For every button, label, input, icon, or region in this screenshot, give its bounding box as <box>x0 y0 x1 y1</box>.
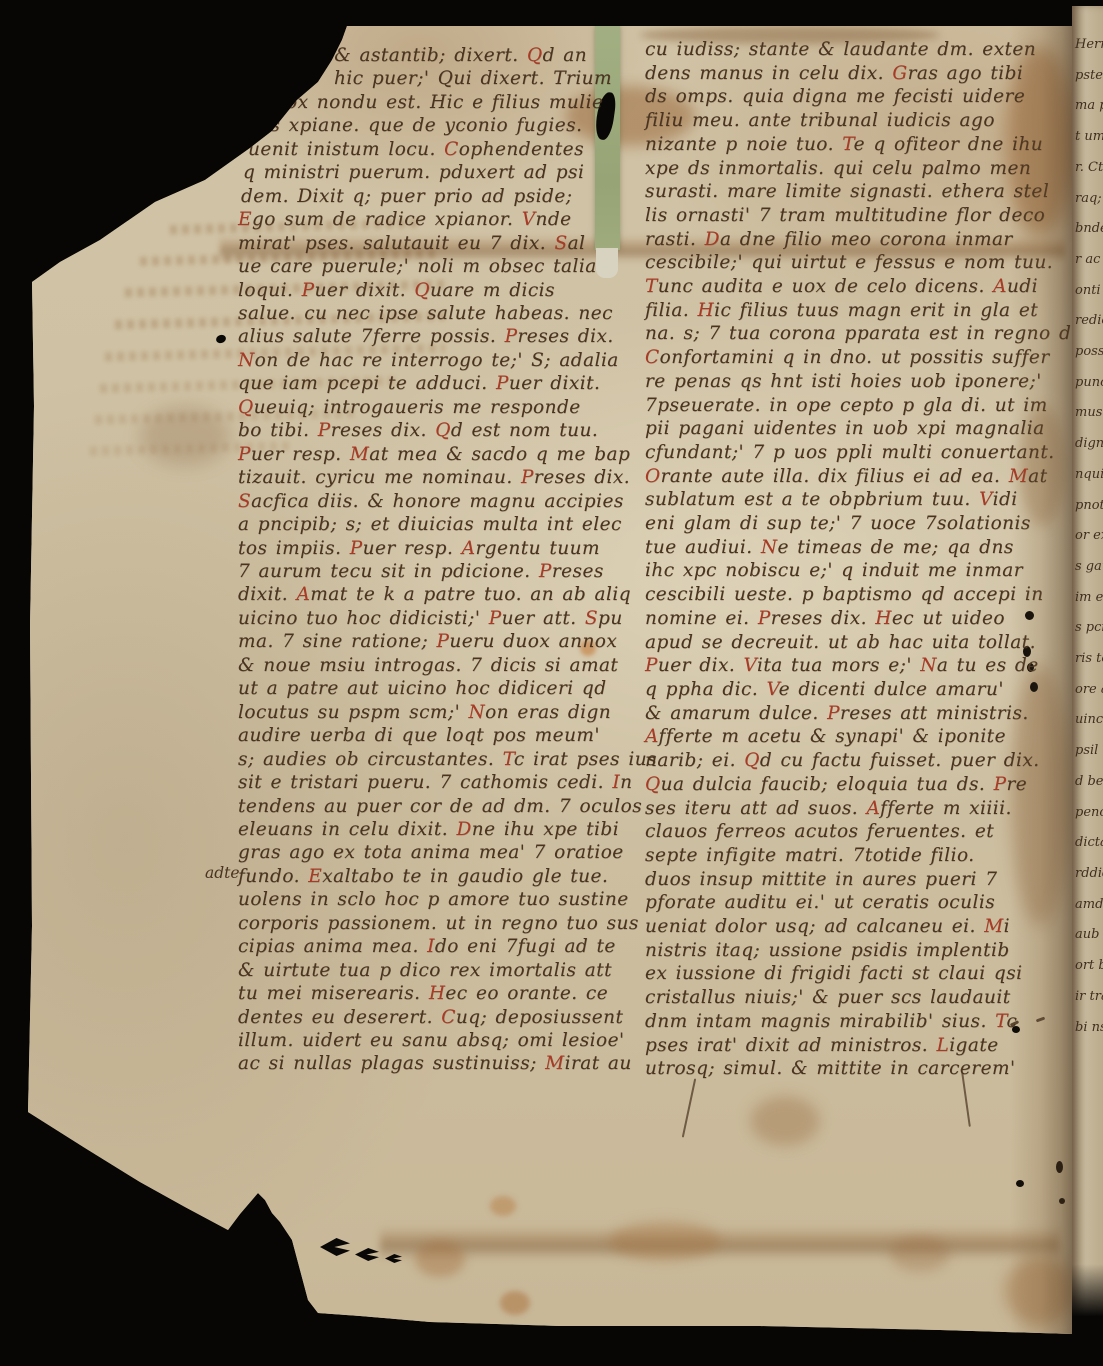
text-segment: uer att. <box>502 608 585 629</box>
edge-text-fragment: or exc <box>1075 521 1103 552</box>
left-text-column: n' & astantib; dixert. Qd anhic puer;' Q… <box>238 44 638 1076</box>
text-segment: do eni 7fugi ad te <box>435 936 616 957</box>
text-line: sit e tristari pueru. 7 cathomis cedi. I… <box>238 771 638 794</box>
text-segment: corporis passionem. ut in regno tuo sus <box>238 913 639 934</box>
text-line: ac si nullas plagas sustinuiss; Mirat au <box>238 1052 638 1075</box>
text-line: hic puer;' Qui dixert. Trium <box>238 67 638 90</box>
text-line: eleuans in celu dixit. Dne ihu xpe tibi <box>238 818 638 841</box>
text-segment: ophendentes <box>459 139 584 160</box>
edge-text-fragment: digne <box>1075 429 1103 460</box>
rubricated-initial: P <box>505 326 518 347</box>
rubricated-initial: P <box>496 373 509 394</box>
text-segment: ec eo orante. ce <box>445 983 608 1004</box>
text-segment: & amarum dulce. <box>645 703 827 724</box>
rubricated-initial: C <box>441 1007 456 1028</box>
text-line: bo tibi. Preses dix. Qd est nom tuu. <box>238 419 638 442</box>
text-line: uicino tuo hoc didicisti;' Puer att. Spu <box>238 607 638 630</box>
rubricated-initial: P <box>436 631 449 652</box>
text-line: alius salute 7ferre possis. Preses dix. <box>238 325 638 348</box>
text-segment: s; audies ob circustantes. <box>238 749 503 770</box>
text-segment: is xpiane. que de yconio fugies. <box>264 115 582 136</box>
text-segment: n' & astantib; dixert. <box>308 45 527 66</box>
text-line: lis ornasti' 7 tram multitudine flor dec… <box>645 204 1049 228</box>
text-segment: ne ihu xpe tibi <box>472 819 619 840</box>
text-line: septe infigite matri. 7totide filio. <box>645 844 1049 868</box>
rubricated-initial: D <box>456 819 471 840</box>
text-segment: surasti. mare limite signasti. ethera st… <box>645 181 1049 202</box>
rubricated-initial: A <box>993 276 1007 297</box>
edge-text-fragment: ore adi <box>1075 675 1103 706</box>
rubricated-initial: C <box>645 347 660 368</box>
text-line: na. s; 7 tua corona pparata est in regno… <box>645 322 1049 346</box>
rubricated-initial: P <box>318 420 331 441</box>
rubricated-initial: P <box>645 655 658 676</box>
text-line: q ppha dic. Ve dicenti dulce amaru' <box>645 678 1049 702</box>
text-line: uenit inistum locu. Cophendentes <box>238 138 638 161</box>
text-segment: sit e tristari pueru. 7 cathomis cedi. <box>238 772 612 793</box>
stain <box>490 1196 516 1216</box>
text-segment: cu iudiss; stante & laudante dm. exten <box>645 39 1036 60</box>
text-segment: bo tibi. <box>238 420 318 441</box>
rubricated-initial: H <box>429 983 446 1004</box>
right-text-column: cu iudiss; stante & laudante dm. extende… <box>645 38 1049 1081</box>
text-segment: at mea & sacdo q me bap <box>369 444 630 465</box>
text-line: Puer dix. Vita tua mors e;' Na tu es de <box>645 654 1049 678</box>
rubricated-initial: A <box>645 726 659 747</box>
rubricated-initial: P <box>827 703 840 724</box>
text-line: cu iudiss; stante & laudante dm. exten <box>645 38 1049 62</box>
adjacent-folio-edge: Herrenpstenma pt umr. Ctraq;bnder aconti… <box>1072 6 1103 1334</box>
text-line: Tunc audita e uox de celo dicens. Audi <box>645 275 1049 299</box>
text-segment: lis ornasti' 7 tram multitudine flor dec… <box>645 205 1045 226</box>
stain <box>750 1096 820 1146</box>
text-line: 7 aurum tecu sit in pdicione. Preses <box>238 560 638 583</box>
text-segment: on eras dign <box>485 702 611 723</box>
text-segment: uer dix. <box>658 655 744 676</box>
text-segment: igate <box>949 1035 998 1056</box>
rubricated-initial: P <box>302 280 315 301</box>
edge-text-fragment: nquib <box>1075 460 1103 491</box>
text-segment: rasti. <box>645 229 705 250</box>
text-segment: tu mei miserearis. <box>238 983 429 1004</box>
text-segment: onfortamini q in dno. ut possitis suffer <box>660 347 1050 368</box>
edge-text-fragment: Herren <box>1075 30 1103 61</box>
text-segment: cristallus niuis;' & puer scs laudauit <box>645 987 1011 1008</box>
text-line: nomine ei. Preses dix. Hec ut uideo <box>645 607 1049 631</box>
text-segment: uq; deposiussent <box>456 1007 623 1028</box>
text-segment: uer resp. <box>363 538 462 559</box>
text-line: n' & astantib; dixert. Qd an <box>238 44 638 67</box>
text-segment: loqui. <box>238 280 302 301</box>
rubricated-initial: T <box>645 276 658 297</box>
rubricated-initial: V <box>522 209 536 230</box>
rubricated-initial: Q <box>744 750 760 771</box>
text-line: & uirtute tua p dico rex imortalis att <box>238 959 638 982</box>
edge-text-fragment: rddid <box>1075 859 1103 890</box>
rubricated-initial: S <box>585 608 598 629</box>
rubricated-initial: N <box>468 702 485 723</box>
text-segment: pii pagani uidentes in uob xpi magnalia <box>645 418 1045 439</box>
text-segment: septe infigite matri. 7totide filio. <box>645 845 975 866</box>
text-segment: nomine ei. <box>645 608 758 629</box>
margin-note: adte <box>205 864 240 882</box>
stain <box>610 1221 720 1261</box>
text-line: filiu meu. ante tribunal iudicis ago <box>645 109 1049 133</box>
rubricated-initial: E <box>238 209 252 230</box>
text-segment: & uirtute tua p dico rex imortalis att <box>238 960 612 981</box>
rubricated-initial: M <box>545 1053 564 1074</box>
rubricated-initial: C <box>444 139 459 160</box>
text-line: nistris itaq; ussione psidis implentib <box>645 939 1049 963</box>
text-line: ox nondu est. Hic e filius mulie <box>238 91 638 114</box>
text-segment: tizauit. cyricu me nominau. <box>238 467 521 488</box>
rubricated-initial: V <box>767 679 779 700</box>
text-segment: a pncipib; s; et diuicias multa int elec <box>238 514 622 535</box>
edge-text-fragment: psil i <box>1075 736 1103 767</box>
text-line: ueniat dolor usq; ad calcaneu ei. Mi <box>645 915 1049 939</box>
edge-text-fragment: r. Ct <box>1075 153 1103 184</box>
rubricated-initial: N <box>238 350 255 371</box>
text-segment: pu <box>598 608 623 629</box>
text-segment: reses dix. <box>331 420 436 441</box>
edge-text-fragment: psten <box>1075 61 1103 92</box>
text-segment: unc audita e uox de celo dicens. <box>658 276 993 297</box>
edge-text-fragment: bi nsto i <box>1075 1013 1103 1044</box>
text-line: a pncipib; s; et diuicias multa int elec <box>238 513 638 536</box>
text-segment: ras ago tibi <box>908 63 1024 84</box>
edge-text-fragment: ris toti <box>1075 644 1103 675</box>
text-segment: d an <box>543 45 587 66</box>
text-line: tizauit. cyricu me nominau. Preses dix. <box>238 466 638 489</box>
text-segment: ueru duox annox <box>449 631 617 652</box>
text-segment: n <box>620 772 632 793</box>
text-segment: ut a patre aut uicino hoc didiceri qd <box>238 678 607 699</box>
text-segment: uer resp. <box>251 444 350 465</box>
text-line: Confortamini q in dno. ut possitis suffe… <box>645 346 1049 370</box>
rubricated-initial: O <box>645 466 661 487</box>
rubricated-initial: G <box>892 63 907 84</box>
edge-text-fragment: bnde <box>1075 214 1103 245</box>
text-segment: xaltabo te in gaudio gle tue. <box>322 866 608 887</box>
text-segment: dixit. <box>238 584 296 605</box>
text-segment: pses irat' dixit ad ministros. <box>645 1035 936 1056</box>
text-segment: salue. cu nec ipse salute habeas. nec <box>238 303 613 324</box>
text-segment: dentes eu deserert. <box>238 1007 441 1028</box>
text-line: pses irat' dixit ad ministros. Ligate <box>645 1034 1049 1058</box>
text-line: ue care puerule;' noli m obsec talia <box>238 255 638 278</box>
text-line: Ego sum de radice xpianor. Vnde <box>238 208 638 231</box>
text-segment: ma. 7 sine ratione; <box>238 631 436 652</box>
rubricated-initial: E <box>308 866 322 887</box>
text-segment: uer dixit. <box>509 373 601 394</box>
text-segment: dem. Dixit q; puer prio ad pside; <box>241 186 572 207</box>
text-segment: nistris itaq; ussione psidis implentib <box>645 940 1010 961</box>
text-segment: reses att ministris. <box>840 703 1029 724</box>
text-segment: eni glam di sup te;' 7 uoce 7solationis <box>645 513 1031 534</box>
text-segment: apud se decreuit. ut ab hac uita tollat. <box>645 632 1036 653</box>
text-segment: a dne filio meo corona inmar <box>720 229 1013 250</box>
text-segment: on de hac re interrogo te;' S; adalia <box>255 350 619 371</box>
text-line: duos insup mittite in aures pueri 7 <box>645 868 1049 892</box>
text-segment: irat au <box>565 1053 632 1074</box>
edge-text-fragment: pnotab <box>1075 491 1103 522</box>
edge-text-fragment: im e s <box>1075 583 1103 614</box>
text-segment: ses iteru att ad suos. <box>645 798 866 819</box>
text-segment: tue audiui. <box>645 537 761 558</box>
edge-text-fragment: raq; <box>1075 184 1103 215</box>
text-line: dixit. Amat te k a patre tuo. an ab aliq <box>238 583 638 606</box>
text-segment: reses dix. <box>534 467 630 488</box>
text-segment: dnm intam magnis mirabilib' sius. <box>645 1011 995 1032</box>
tear-slit <box>320 1238 350 1256</box>
text-segment: q ppha dic. <box>645 679 767 700</box>
rubricated-initial: H <box>698 300 715 321</box>
text-segment: fferte m acetu & synapi' & iponite <box>659 726 1006 747</box>
text-line: re penas qs hnt isti hoies uob iponere;' <box>645 370 1049 394</box>
text-segment: tos impiis. <box>238 538 350 559</box>
text-segment: duos insup mittite in aures pueri 7 <box>645 869 997 890</box>
rubricated-initial: P <box>350 538 363 559</box>
fold-crease <box>380 1226 1060 1260</box>
text-segment: mirat' pses. salutauit eu 7 dix. <box>238 233 554 254</box>
text-segment: ihc xpc nobiscu e;' q induit me inmar <box>645 560 1023 581</box>
text-line: tue audiui. Ne timeas de me; qa dns <box>645 536 1049 560</box>
text-line: cfundant;' 7 p uos ppli multi conuertant… <box>645 441 1049 465</box>
text-line: apud se decreuit. ut ab hac uita tollat. <box>645 631 1049 655</box>
rubricated-initial: N <box>920 655 937 676</box>
text-line: fundo. Exaltabo te in gaudio gle tue. <box>238 865 638 888</box>
text-line: clauos ferreos acutos feruentes. et <box>645 820 1049 844</box>
manuscript-photo: n' & astantib; dixert. Qd anhic puer;' Q… <box>0 0 1103 1366</box>
text-line: loqui. Puer dixit. Quare m dicis <box>238 279 638 302</box>
rubricated-initial: T <box>842 134 853 155</box>
hole <box>215 334 227 345</box>
text-segment: sublatum est a te obpbrium tuu. <box>645 489 979 510</box>
text-line: Sacfica diis. & honore magnu accipies <box>238 490 638 513</box>
rubricated-initial: P <box>521 467 534 488</box>
text-segment: reses dix. <box>771 608 876 629</box>
text-segment: ec ut uideo <box>892 608 1005 629</box>
text-segment: fundo. <box>238 866 308 887</box>
text-line: xpe ds inmortalis. qui celu palmo men <box>645 157 1049 181</box>
rubricated-initial: V <box>979 489 993 510</box>
text-segment: ueuiq; introgaueris me responde <box>254 397 581 418</box>
text-segment: go sum de radice xpianor. <box>252 209 522 230</box>
text-segment: q ministri puerum. pduxert ad psi <box>243 162 584 183</box>
text-segment: ue care puerule;' noli m obsec talia <box>238 256 597 277</box>
text-segment: gras ago ex tota anima mea' 7 oratioe <box>238 842 624 863</box>
text-segment: alius salute 7ferre possis. <box>238 326 505 347</box>
text-line: corporis passionem. ut in regno tuo sus <box>238 912 638 935</box>
text-line: Orante aute illa. dix filius ei ad ea. M… <box>645 465 1049 489</box>
text-segment: filia. <box>645 300 698 321</box>
rubricated-initial: P <box>238 444 251 465</box>
parchment-page: n' & astantib; dixert. Qd anhic puer;' Q… <box>20 26 1072 1334</box>
text-segment: uare m dicis <box>430 280 555 301</box>
edge-text-fragment: pencio <box>1075 798 1103 829</box>
text-segment: cescibile;' qui uirtut e fessus e nom tu… <box>645 252 1053 273</box>
edge-text-fragment: onti <box>1075 276 1103 307</box>
text-segment: 7pseuerate. in ope cepto p gla di. ut im <box>645 395 1048 416</box>
rubricated-initial: A <box>866 798 880 819</box>
text-line: Qua dulcia faucib; eloquia tua ds. Pre <box>645 773 1049 797</box>
text-segment: 7 aurum tecu sit in pdicione. <box>238 561 539 582</box>
text-line: que iam pcepi te adduci. Puer dixit. <box>238 372 638 395</box>
text-line: cescibile;' qui uirtut e fessus e nom tu… <box>645 251 1049 275</box>
rubricated-initial: T <box>995 1011 1006 1032</box>
text-line: & amarum dulce. Preses att ministris. <box>645 702 1049 726</box>
text-line: audire uerba di que loqt pos meum' <box>238 724 638 747</box>
text-segment: rgentu tuum <box>475 538 600 559</box>
text-segment: clauos ferreos acutos feruentes. et <box>645 821 994 842</box>
rubricated-initial: I <box>612 772 620 793</box>
text-segment: ita tua mors e;' <box>757 655 920 676</box>
text-segment: tendens au puer cor de ad dm. 7 oculos <box>238 796 642 817</box>
text-segment: reses dix. <box>518 326 614 347</box>
edge-text-fragment: ort bis q <box>1075 951 1103 982</box>
text-segment: re penas qs hnt isti hoies uob iponere;' <box>645 371 1042 392</box>
text-segment: uicino tuo hoc didicisti;' <box>238 608 489 629</box>
text-line: tu mei miserearis. Hec eo orante. ce <box>238 982 638 1005</box>
edge-text-fragment: ma p <box>1075 91 1103 122</box>
rubricated-initial: P <box>539 561 552 582</box>
adjacent-folio-text: Herrenpstenma pt umr. Ctraq;bnder aconti… <box>1072 6 1103 1043</box>
text-line: narib; ei. Qd cu factu fuisset. puer dix… <box>645 749 1049 773</box>
edge-text-fragment: amda <box>1075 890 1103 921</box>
rubricated-initial: L <box>936 1035 949 1056</box>
text-segment: uolens in sclo hoc p amore tuo sustine <box>238 889 629 910</box>
text-line: ses iteru att ad suos. Afferte m xiiii. <box>645 797 1049 821</box>
text-line: ihc xpc nobiscu e;' q induit me inmar <box>645 559 1049 583</box>
rubricated-initial: H <box>875 608 892 629</box>
text-segment: illum. uidert eu sanu absq; omi lesioe' <box>238 1030 625 1051</box>
text-segment: reses <box>552 561 604 582</box>
text-segment: nizante p noie tuo. <box>645 134 842 155</box>
text-segment: uenit inistum locu. <box>248 139 444 160</box>
text-segment: audire uerba di que loqt pos meum' <box>238 725 600 746</box>
text-line: utrosq; simul. & mittite in carcerem' <box>645 1057 1049 1081</box>
text-line: is xpiane. que de yconio fugies. <box>238 114 638 137</box>
rubricated-initial: N <box>761 537 778 558</box>
rubricated-initial: Q <box>527 45 543 66</box>
text-line: tendens au puer cor de ad dm. 7 oculos <box>238 795 638 818</box>
stain <box>500 1291 530 1315</box>
text-line: ex iussione di frigidi facti st claui qs… <box>645 962 1049 986</box>
text-line: cescibili ueste. p baptismo qd accepi in <box>645 583 1049 607</box>
text-line: pii pagani uidentes in uob xpi magnalia <box>645 417 1049 441</box>
text-line: pforate auditu ei.' ut ceratis oculis <box>645 891 1049 915</box>
text-segment: acfica diis. & honore magnu accipies <box>251 491 624 512</box>
text-line: salue. cu nec ipse salute habeas. nec <box>238 302 638 325</box>
edge-text-fragment: ir trandu <box>1075 982 1103 1013</box>
rubricated-initial: P <box>489 608 502 629</box>
edge-text-fragment: aub app <box>1075 920 1103 951</box>
text-segment: rante aute illa. dix filius ei ad ea. <box>661 466 1009 487</box>
text-line: surasti. mare limite signasti. ethera st… <box>645 180 1049 204</box>
rubricated-initial: D <box>705 229 720 250</box>
edge-text-fragment: s gau. <box>1075 552 1103 583</box>
text-line: ut a patre aut uicino hoc didiceri qd <box>238 677 638 700</box>
text-segment: que iam pcepi te adduci. <box>238 373 496 394</box>
text-line: gras ago ex tota anima mea' 7 oratioe <box>238 841 638 864</box>
rubricated-initial: Q <box>435 420 451 441</box>
text-line: filia. Hic filius tuus magn erit in gla … <box>645 299 1049 323</box>
text-line: Puer resp. Mat mea & sacdo q me bap <box>238 443 638 466</box>
rubricated-initial: P <box>758 608 771 629</box>
text-segment: ox nondu est. Hic e filius mulie <box>286 92 603 113</box>
text-segment: fferte m xiiii. <box>880 798 1012 819</box>
text-segment: dens manus in celu dix. <box>645 63 892 84</box>
text-segment: ex iussione di frigidi facti st claui qs… <box>645 963 1023 984</box>
text-segment: cipias anima mea. <box>238 936 427 957</box>
stain <box>415 1241 465 1277</box>
text-line: Afferte m acetu & synapi' & iponite <box>645 725 1049 749</box>
rubricated-initial: S <box>238 491 251 512</box>
text-line: rasti. Da dne filio meo corona inmar <box>645 228 1049 252</box>
edge-text-fragment: dicta i <box>1075 828 1103 859</box>
text-segment: d est nom tuu. <box>451 420 598 441</box>
edge-text-fragment: d bea <box>1075 767 1103 798</box>
text-segment: mat te k a patre tuo. an ab aliq <box>310 584 631 605</box>
text-segment: ac si nullas plagas sustinuiss; <box>238 1053 545 1074</box>
rubricated-initial: A <box>296 584 310 605</box>
text-segment: hic puer;' Qui dixert. Trium <box>334 68 612 89</box>
text-segment: ds omps. quia digna me fecisti uidere <box>645 86 1025 107</box>
text-line: dnm intam magnis mirabilib' sius. Tc <box>645 1010 1049 1034</box>
edge-text-fragment: redic <box>1075 306 1103 337</box>
rubricated-initial: T <box>503 749 514 770</box>
edge-text-fragment: s pcio <box>1075 613 1103 644</box>
text-segment: ic filius tuus magn erit in gla et <box>714 300 1038 321</box>
rubricated-initial: Q <box>645 774 661 795</box>
text-segment: pforate auditu ei.' ut ceratis oculis <box>645 892 995 913</box>
rubricated-initial: A <box>462 538 476 559</box>
text-segment: ueniat dolor usq; ad calcaneu ei. <box>645 916 984 937</box>
text-line: Queuiq; introgaueris me responde <box>238 396 638 419</box>
text-line: dentes eu deserert. Cuq; deposiussent <box>238 1006 638 1029</box>
text-line: & noue msiu introgas. 7 dicis si amat <box>238 654 638 677</box>
text-segment: locutus su pspm scm;' <box>238 702 468 723</box>
text-line: cipias anima mea. Ido eni 7fugi ad te <box>238 935 638 958</box>
rubricated-initial: M <box>984 916 1003 937</box>
text-line: locutus su pspm scm;' Non eras dign <box>238 701 638 724</box>
text-line: illum. uidert eu sanu absq; omi lesioe' <box>238 1029 638 1052</box>
gutter-shadow <box>1010 26 1072 1334</box>
edge-text-fragment: uince; <box>1075 705 1103 736</box>
text-line: nizante p noie tuo. Te q ofiteor dne ihu <box>645 133 1049 157</box>
text-line: uolens in sclo hoc p amore tuo sustine <box>238 888 638 911</box>
text-segment: e timeas de me; qa dns <box>778 537 1014 558</box>
text-line: tos impiis. Puer resp. Argentu tuum <box>238 537 638 560</box>
stain <box>890 1236 950 1272</box>
pen-flourish <box>682 1078 696 1137</box>
tear-slit <box>385 1254 402 1263</box>
text-segment: cescibili ueste. p baptismo qd accepi in <box>645 584 1044 605</box>
text-segment: xpe ds inmortalis. qui celu palmo men <box>645 158 1031 179</box>
rubricated-initial: V <box>744 655 758 676</box>
tear-slit <box>355 1248 379 1261</box>
edge-text-fragment: puncti <box>1075 368 1103 399</box>
text-line: s; audies ob circustantes. Tc irat pses … <box>238 748 638 771</box>
text-line: ma. 7 sine ratione; Pueru duox annox <box>238 630 638 653</box>
text-line: dem. Dixit q; puer prio ad pside; <box>238 185 638 208</box>
text-line: ds omps. quia digna me fecisti uidere <box>645 85 1049 109</box>
text-segment: narib; ei. <box>645 750 744 771</box>
rubricated-initial: Q <box>414 280 430 301</box>
text-line: sublatum est a te obpbrium tuu. Vidi <box>645 488 1049 512</box>
text-line: Non de hac re interrogo te;' S; adalia <box>238 349 638 372</box>
edge-text-fragment: mus f <box>1075 398 1103 429</box>
